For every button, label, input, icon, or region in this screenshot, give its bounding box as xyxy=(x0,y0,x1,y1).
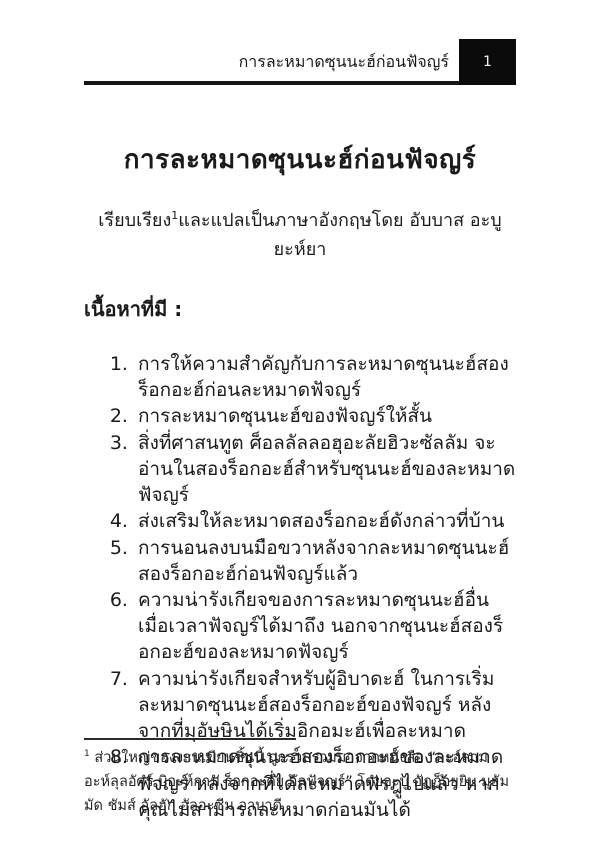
footnote-body: ส่วนใหญ่ของงานเขียนชิ้นนี้ ถูกรวบรวมมาจา… xyxy=(84,750,509,814)
footnote-text: 1 ส่วนใหญ่ของงานเขียนชิ้นนี้ ถูกรวบรวมมา… xyxy=(84,747,516,819)
byline-text-before-ref: เรียบเรียง xyxy=(98,210,171,231)
list-item: ความน่ารังเกียจของการละหมาดซุนนะฮ์อื่น เ… xyxy=(134,587,516,666)
list-item: สิ่งที่ศาสนทูต ศ็อลลัลลอฮุอะลัยฮิวะซัลลั… xyxy=(134,430,516,509)
list-item: ความน่ารังเกียจสำหรับผู้อิบาดะฮ์ ในการเร… xyxy=(134,666,516,745)
list-item: ส่งเสริมให้ละหมาดสองร็อกอะฮ์ดังกล่าวที่บ… xyxy=(134,508,516,534)
byline: เรียบเรียง1และแปลเป็นภาษาอังกฤษโดย อับบา… xyxy=(84,205,516,263)
running-title: การละหมาดซุนนะฮ์ก่อนฟัจญร์ xyxy=(239,50,449,81)
list-item: การให้ความสำคัญกับการละหมาดซุนนะฮ์สองร็อ… xyxy=(134,351,516,403)
header-rule: การละหมาดซุนนะฮ์ก่อนฟัจญร์ 1 xyxy=(84,0,516,85)
byline-text-after-ref: และแปลเป็นภาษาอังกฤษโดย อับบาส อะบู ยะห์… xyxy=(178,210,501,260)
page-number-badge: 1 xyxy=(459,39,516,85)
page-title: การละหมาดซุนนะฮ์ก่อนฟัจญร์ xyxy=(84,139,516,180)
footnote: 1 ส่วนใหญ่ของงานเขียนชิ้นนี้ ถูกรวบรวมมา… xyxy=(84,738,516,819)
footnote-ref: 1 xyxy=(84,749,90,759)
footnote-separator xyxy=(84,738,296,740)
page-header: การละหมาดซุนนะฮ์ก่อนฟัจญร์ 1 xyxy=(84,0,516,85)
document-body: การละหมาดซุนนะฮ์ก่อนฟัจญร์ เรียบเรียง1แล… xyxy=(84,89,516,823)
list-item: การละหมาดซุนนะฮ์ของฟัจญร์ให้สั้น xyxy=(134,403,516,429)
list-item: การนอนลงบนมือขวาหลังจากละหมาดซุนนะฮ์สองร… xyxy=(134,535,516,587)
contents-heading: เนื้อหาที่มี : xyxy=(84,293,516,325)
document-page: การละหมาดซุนนะฮ์ก่อนฟัจญร์ 1 การละหมาดซุ… xyxy=(0,0,600,852)
